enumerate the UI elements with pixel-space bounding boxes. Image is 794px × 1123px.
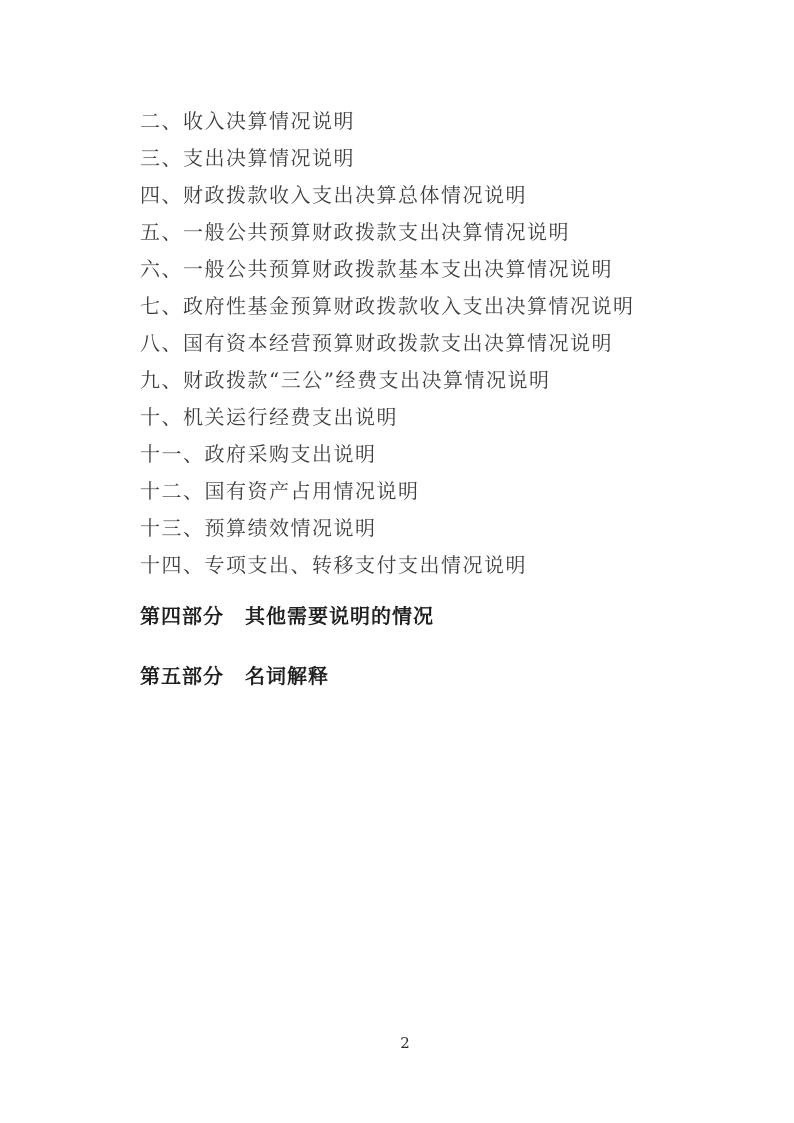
toc-item: 十四、专项支出、转移支付支出情况说明: [140, 547, 704, 584]
section-label: 第五部分: [140, 664, 224, 688]
section-title: 名词解释: [245, 664, 329, 688]
toc-item: 七、政府性基金预算财政拨款收入支出决算情况说明: [140, 288, 704, 325]
toc-item: 六、一般公共预算财政拨款基本支出决算情况说明: [140, 251, 704, 288]
toc-item: 五、一般公共预算财政拨款支出决算情况说明: [140, 214, 704, 251]
toc-item: 十二、国有资产占用情况说明: [140, 473, 704, 510]
toc-item: 十、机关运行经费支出说明: [140, 399, 704, 436]
toc-item: 三、支出决算情况说明: [140, 140, 704, 177]
toc-item: 二、收入决算情况说明: [140, 103, 704, 140]
toc-content: 二、收入决算情况说明 三、支出决算情况说明 四、财政拨款收入支出决算总体情况说明…: [140, 103, 704, 695]
page-number: 2: [400, 1034, 410, 1052]
toc-item: 八、国有资本经营预算财政拨款支出决算情况说明: [140, 325, 704, 362]
toc-item: 十三、预算绩效情况说明: [140, 510, 704, 547]
toc-item: 四、财政拨款收入支出决算总体情况说明: [140, 177, 704, 214]
section-heading-part5: 第五部分名词解释: [140, 658, 704, 695]
section-title: 其他需要说明的情况: [245, 604, 434, 628]
document-page: 二、收入决算情况说明 三、支出决算情况说明 四、财政拨款收入支出决算总体情况说明…: [0, 0, 794, 1123]
section-label: 第四部分: [140, 604, 224, 628]
toc-list: 二、收入决算情况说明 三、支出决算情况说明 四、财政拨款收入支出决算总体情况说明…: [140, 103, 704, 584]
toc-item: 十一、政府采购支出说明: [140, 436, 704, 473]
section-heading-part4: 第四部分其他需要说明的情况: [140, 598, 704, 635]
toc-item: 九、财政拨款“三公”经费支出决算情况说明: [140, 362, 704, 399]
page-footer: 2: [0, 1033, 794, 1052]
